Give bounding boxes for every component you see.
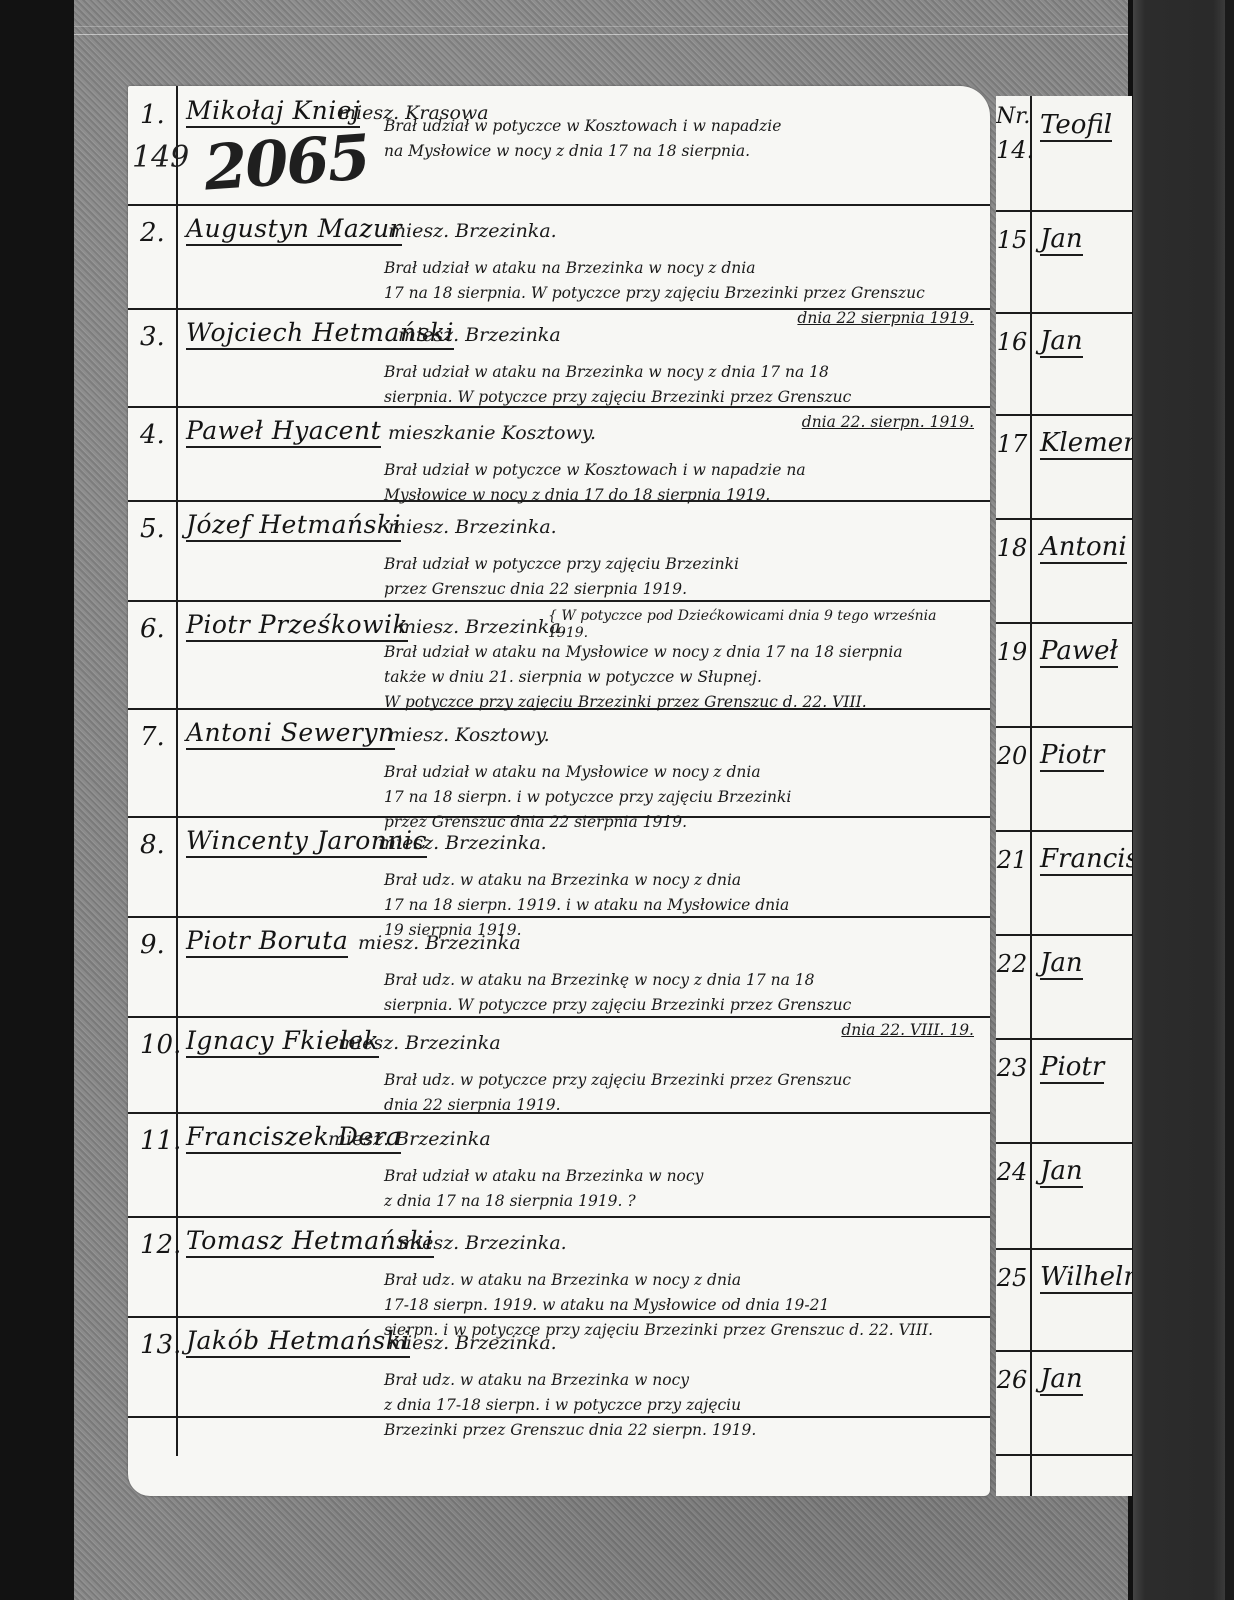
entry-description: Brał udz. w ataku na Brzezinka w nocyz d… — [384, 1368, 974, 1443]
entry-number: 10. — [140, 1030, 170, 1060]
entry-number: 2. — [140, 218, 170, 248]
entry-name: Teofil — [1040, 110, 1112, 142]
entry-residence: miesz. Brzezinka. — [378, 832, 547, 854]
entry-number: 5. — [140, 514, 170, 544]
entry-number: 19 — [996, 638, 1028, 666]
entry-residence: miesz. Brzezinka. — [388, 1332, 557, 1354]
register-page-left: 1.Mikołaj Kniejmiesz. KrasowaBrał udział… — [128, 86, 990, 1496]
description-line: także w dniu 21. sierpnia w potyczce w S… — [384, 665, 974, 690]
entry-name: Jan — [1040, 1156, 1083, 1188]
entry-name: Paweł Hyacent — [186, 416, 381, 448]
description-line: z dnia 17-18 sierpn. i w potyczce przy z… — [384, 1393, 974, 1418]
register-entry: 4.Paweł Hyacentmieszkanie Kosztowy.Brał … — [128, 406, 990, 502]
entry-residence: miesz. Brzezinka. — [398, 1232, 567, 1254]
entry-number: 7. — [140, 722, 170, 752]
register-entry: 19Paweł — [996, 622, 1132, 728]
register-entry: 3.Wojciech Hetmańskimiesz. BrzezinkaBrał… — [128, 308, 990, 408]
binding-shadow — [1133, 0, 1225, 1600]
entry-name: Piotr — [1040, 740, 1104, 772]
register-entry: 5.Józef Hetmańskimiesz. Brzezinka.Brał u… — [128, 500, 990, 602]
entry-name: Józef Hetmański — [186, 510, 401, 542]
description-line: 17 na 18 sierpn. 1919. i w ataku na Mysł… — [384, 893, 974, 918]
entry-name: Jan — [1040, 1364, 1083, 1396]
description-line: Brał udz. w ataku na Brzezinka w nocy z … — [384, 1268, 974, 1293]
entry-number: 13. — [140, 1330, 170, 1360]
entry-number: 20 — [996, 742, 1028, 770]
entry-name: Antoni — [1040, 532, 1127, 564]
entry-number: 12. — [140, 1230, 170, 1260]
register-entry: 20Piotr — [996, 726, 1132, 832]
description-line: Brał udział w ataku na Brzezinka w nocy … — [384, 256, 974, 281]
entry-number: 21 — [996, 846, 1028, 874]
description-line: z dnia 17 na 18 sierpnia 1919. ? — [384, 1189, 974, 1214]
entry-residence: mieszkanie Kosztowy. — [388, 422, 596, 444]
description-line: Brał udz. w ataku na Brzezinkę w nocy z … — [384, 968, 974, 993]
entry-number: 8. — [140, 830, 170, 860]
entry-residence: miesz. Brzezinka — [398, 324, 561, 346]
entry-number: 6. — [140, 614, 170, 644]
entry-description: Brał udz. w potyczce przy zajęciu Brzezi… — [384, 1068, 974, 1118]
register-entry: 22Jan — [996, 934, 1132, 1040]
entry-residence: miesz. Brzezinka. — [398, 616, 567, 638]
register-entry: 23Piotr — [996, 1038, 1132, 1144]
entry-name: Piotr Boruta — [186, 926, 348, 958]
entry-residence: miesz. Brzezinka — [358, 932, 521, 954]
description-line: Brał udział w ataku na Mysłowice w nocy … — [384, 640, 974, 665]
description-line: Brał udział w ataku na Brzezinka w nocy … — [384, 360, 974, 385]
register-entry: 10.Ignacy Fkielekmiesz. BrzezinkaBrał ud… — [128, 1016, 990, 1114]
entry-description: Brał udział w potyczce przy zajęciu Brze… — [384, 552, 974, 602]
entry-number: 26 — [996, 1366, 1028, 1394]
entry-number: 25 — [996, 1264, 1028, 1292]
description-line: Brał udz. w ataku na Brzezinka w nocy z … — [384, 868, 974, 893]
register-entry: 26Jan — [996, 1350, 1132, 1456]
entry-residence: miesz. Brzezinka — [328, 1128, 491, 1150]
entry-residence: miesz. Brzezinka — [338, 1032, 501, 1054]
entry-number: 11. — [140, 1126, 170, 1156]
entry-name: Jan — [1040, 326, 1083, 358]
scan-line — [74, 26, 1128, 27]
register-entry: 6.Piotr Prześkowikmiesz. Brzezinka.{ W p… — [128, 600, 990, 710]
entry-name: Wilhelm — [1040, 1262, 1132, 1294]
entry-description: Brał udział w ataku na Brzezinka w nocyz… — [384, 1164, 974, 1214]
description-line: Brał udział w ataku na Brzezinka w nocy — [384, 1164, 974, 1189]
entry-margin-note: { W potyczce pod Dziećkowicami dnia 9 te… — [548, 608, 968, 642]
entry-name: Paweł — [1040, 636, 1118, 668]
register-entry: 7.Antoni Sewerynmiesz. Kosztowy.Brał udz… — [128, 708, 990, 818]
register-entry: 21Franciszek — [996, 830, 1132, 936]
entry-name: Antoni Seweryn — [186, 718, 395, 750]
entry-residence: miesz. Brzezinka. — [388, 220, 557, 242]
entry-number: 23 — [996, 1054, 1028, 1082]
description-line: 17-18 sierpn. 1919. w ataku na Mysłowice… — [384, 1293, 974, 1318]
entry-number: 22 — [996, 950, 1028, 978]
entry-number: 4. — [140, 420, 170, 450]
register-entry: 14.Teofil — [996, 96, 1132, 212]
register-entry: 17Klemens — [996, 414, 1132, 520]
archive-stamp-number: 2065 — [202, 120, 371, 204]
film-border-left — [0, 0, 74, 1600]
entry-name: Jan — [1040, 224, 1083, 256]
entry-number: 24 — [996, 1158, 1028, 1186]
film-border-right — [1225, 0, 1234, 1600]
description-line: sierpnia. W potyczce przy zajęciu Brzezi… — [384, 993, 974, 1018]
description-line: 17 na 18 sierpn. i w potyczce przy zajęc… — [384, 785, 974, 810]
entry-name: Jan — [1040, 948, 1083, 980]
register-entry: 2.Augustyn Mazurmiesz. Brzezinka.Brał ud… — [128, 204, 990, 310]
entry-residence: miesz. Kosztowy. — [388, 724, 550, 746]
description-line: Brzezinki przez Grenszuc dnia 22 sierpn.… — [384, 1418, 974, 1443]
entry-number: 15 — [996, 226, 1028, 254]
description-line: na Mysłowice w nocy z dnia 17 na 18 sier… — [384, 139, 974, 164]
register-entry: 16Jan — [996, 312, 1132, 416]
register-entry: 15Jan — [996, 210, 1132, 314]
reference-number: 149 — [132, 140, 189, 175]
entry-name: Piotr — [1040, 1052, 1104, 1084]
entry-name: Jakób Hetmański — [186, 1326, 410, 1358]
description-line: Brał udz. w potyczce przy zajęciu Brzezi… — [384, 1068, 974, 1093]
entry-number: 16 — [996, 328, 1028, 356]
register-entry: 24Jan — [996, 1142, 1132, 1250]
register-entry: 9.Piotr Borutamiesz. BrzezinkaBrał udz. … — [128, 916, 990, 1018]
register-entry: 12.Tomasz Hetmańskimiesz. Brzezinka.Brał… — [128, 1216, 990, 1318]
register-page-right: Nr. 14.Teofil15Jan16Jan17Klemens18Antoni… — [996, 96, 1132, 1496]
register-entry: 25Wilhelm — [996, 1248, 1132, 1352]
register-entry: 13.Jakób Hetmańskimiesz. Brzezinka.Brał … — [128, 1316, 990, 1418]
description-line: Brał udz. w ataku na Brzezinka w nocy — [384, 1368, 974, 1393]
description-line: Brał udział w ataku na Mysłowice w nocy … — [384, 760, 974, 785]
entry-number: 3. — [140, 322, 170, 352]
description-line: przez Grenszuc dnia 22 sierpnia 1919. — [384, 577, 974, 602]
entry-name: Klemens — [1040, 428, 1132, 460]
entry-name: Tomasz Hetmański — [186, 1226, 434, 1258]
entry-description: Brał udział w potyczce w Kosztowach i w … — [384, 114, 974, 164]
entry-name: Augustyn Mazur — [186, 214, 402, 246]
entry-number: 18 — [996, 534, 1028, 562]
description-line: Brał udział w potyczce w Kosztowach i w … — [384, 114, 974, 139]
entry-number: 9. — [140, 930, 170, 960]
scan-line — [74, 34, 1128, 35]
entry-number: 14. — [996, 136, 1028, 164]
entry-name: Franciszek — [1040, 844, 1132, 876]
entry-name: Piotr Prześkowik — [186, 610, 408, 642]
register-entry: 18Antoni — [996, 518, 1132, 624]
description-line: Brał udział w potyczce przy zajęciu Brze… — [384, 552, 974, 577]
register-entry: 11.Franciszek Deramiesz. BrzezinkaBrał u… — [128, 1112, 990, 1218]
register-entry: 8.Wincenty Jaronnicmiesz. Brzezinka.Brał… — [128, 816, 990, 918]
description-line: 17 na 18 sierpnia. W potyczce przy zajęc… — [384, 281, 974, 306]
description-line: Brał udział w potyczce w Kosztowach i w … — [384, 458, 974, 483]
entry-residence: miesz. Brzezinka. — [388, 516, 557, 538]
entry-description: Brał udział w ataku na Mysłowice w nocy … — [384, 640, 974, 715]
entry-number: 17 — [996, 430, 1028, 458]
entry-number: 1. — [140, 100, 170, 130]
